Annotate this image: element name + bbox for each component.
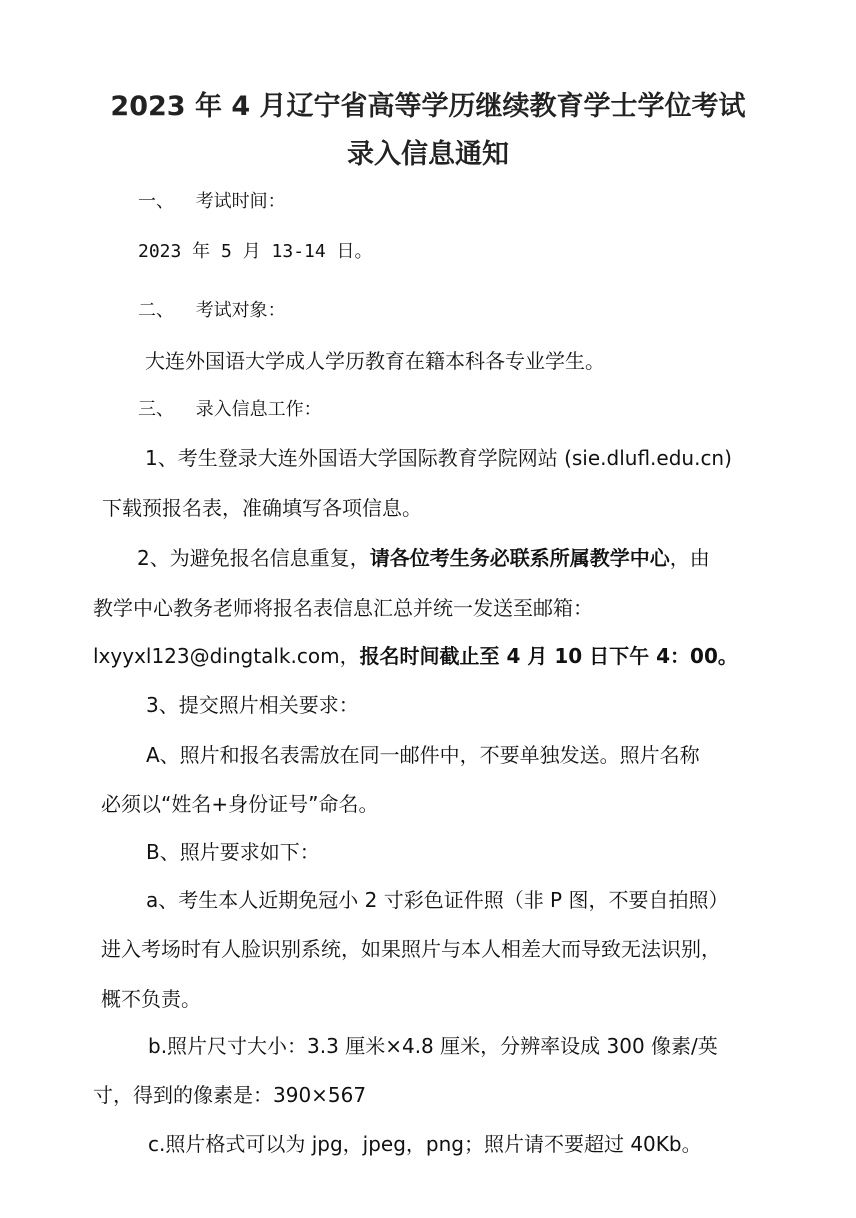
section2-number: 二、 [138,300,174,321]
itemB-heading: B、照片要求如下： [146,836,320,865]
item1-line2: 下载预报名表，准确填写各项信息。 [102,492,422,521]
section2-heading: 二、 考试对象： [138,296,286,322]
section1-heading: 一、 考试时间： [138,187,286,213]
itemb-line1: b.照片尺寸大小：3.3 厘米×4.8 厘米，分辨率设成 300 像素/英 [148,1030,718,1059]
itemc-line1: c.照片格式可以为 jpg，jpeg，png；照片请不要超过 40Kb。 [148,1128,702,1157]
itemA-line1: A、照片和报名表需放在同一邮件中，不要单独发送。照片名称 [146,739,700,768]
document-page: 2023 年 4 月辽宁省高等学历继续教育学士学位考试 录入信息通知 一、 考试… [0,0,856,1218]
section2-title: 考试对象： [196,300,286,321]
item2-line2: 教学中心教务老师将报名表信息汇总并统一发送至邮箱： [93,592,593,621]
document-title-line2: 录入信息通知 [0,132,856,171]
itema-line2: 进入考场时有人脸识别系统，如果照片与本人相差大而导致无法识别， [101,933,721,962]
section3-heading: 三、 录入信息工作： [138,395,322,421]
email-address: lxyyxl123@dingtalk.com [93,644,340,668]
exam-date: 2023 年 5 月 13-14 日。 [138,237,373,263]
item2-line1: 2、为避免报名信息重复，请各位考生务必联系所属教学中心，由 [137,542,710,571]
separator: ， [340,644,360,668]
item1-line1: 1、考生登录大连外国语大学国际教育学院网站 (sie.dlufl.edu.cn) [145,442,732,471]
itema-line3: 概不负责。 [101,983,201,1012]
section3-number: 三、 [138,399,174,420]
item3-heading: 3、提交照片相关要求： [146,689,359,718]
item2-line3: lxyyxl123@dingtalk.com，报名时间截止至 4 月 10 日下… [93,640,738,669]
document-title-line1: 2023 年 4 月辽宁省高等学历继续教育学士学位考试 [0,84,856,123]
section1-title: 考试时间： [196,191,286,212]
section3-title: 录入信息工作： [196,399,322,420]
exam-target: 大连外国语大学成人学历教育在籍本科各专业学生。 [145,345,605,374]
deadline: 报名时间截止至 4 月 10 日下午 4：00。 [360,644,738,668]
section1-number: 一、 [138,191,174,212]
itemb-line2: 寸，得到的像素是：390×567 [93,1079,366,1108]
item2-text: 2、为避免报名信息重复， [137,546,370,570]
item2-emphasis: 请各位考生务必联系所属教学中心 [370,546,670,570]
item2-text-tail: ，由 [670,546,710,570]
itema-line1: a、考生本人近期免冠小 2 寸彩色证件照（非 P 图，不要自拍照） [146,884,728,913]
itemA-line2: 必须以“姓名+身份证号”命名。 [101,788,378,817]
